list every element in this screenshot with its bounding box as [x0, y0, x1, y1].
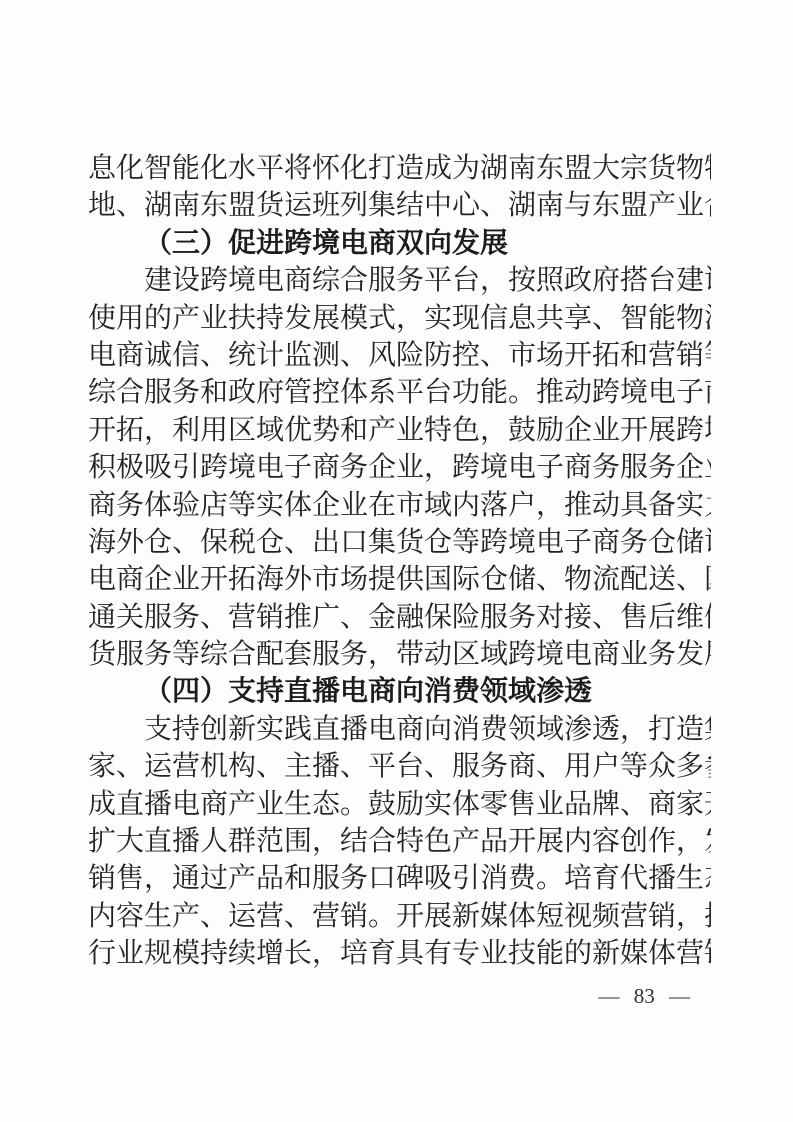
document-page: 息化智能化水平将怀化打造成为湖南东盟大宗货物物流集散基地、湖南东盟货运班列集结中… [0, 0, 793, 1122]
text-line: 海外仓、保税仓、出口集货仓等跨境电子商务仓储设施，为跨境 [88, 524, 711, 561]
text-line: 扩大直播人群范围，结合特色产品开展内容创作，发展直播电商 [88, 823, 711, 860]
text-line: 使用的产业扶持发展模式，实现信息共享、智能物流、金融服务、 [88, 300, 711, 337]
text-line: 息化智能化水平将怀化打造成为湖南东盟大宗货物物流集散基 [88, 150, 711, 187]
page-number: — 83 — [599, 984, 691, 1008]
section-heading: （四）支持直播电商向消费领域渗透 [88, 673, 711, 710]
text-line: 通关服务、营销推广、金融保险服务对接、售后维修服务、退换 [88, 599, 711, 636]
text-line: 家、运营机构、主播、平台、服务商、用户等众多参与者共同构 [88, 748, 711, 785]
text-line: 综合服务和政府管控体系平台功能。推动跨境电子商务企业市场 [88, 374, 711, 411]
section-heading: （三）促进跨境电商双向发展 [88, 225, 711, 262]
page-footer: — 83 — [599, 981, 691, 1011]
text-line: 支持创新实践直播电商向消费领域渗透，打造集品牌方、商 [88, 711, 711, 748]
text-line: 内容生产、运营、营销。开展新媒体短视频营销，推动商贸物流 [88, 898, 711, 935]
text-line: 电商企业开拓海外市场提供国际仓储、物流配送、国际货运代理、 [88, 561, 711, 598]
text-line: 行业规模持续增长，培育具有专业技能的新媒体营销队伍，做好 [88, 935, 711, 972]
text-line: 开拓，利用区域优势和产业特色，鼓励企业开展跨境电商业务， [88, 412, 711, 449]
text-line: 地、湖南东盟货运班列集结中心、湖南与东盟产业合作示范区。 [88, 187, 711, 224]
text-line: 建设跨境电商综合服务平台，按照政府搭台建设、企业运营 [88, 262, 711, 299]
text-line: 电商诚信、统计监测、风险防控、市场开拓和营销等一站式企业 [88, 337, 711, 374]
text-line: 货服务等综合配套服务，带动区域跨境电商业务发展。 [88, 636, 711, 673]
text-line: 成直播电商产业生态。鼓励实体零售业品牌、商家开设直播间， [88, 786, 711, 823]
document-body: 息化智能化水平将怀化打造成为湖南东盟大宗货物物流集散基地、湖南东盟货运班列集结中… [88, 150, 711, 973]
text-line: 积极吸引跨境电子商务企业，跨境电子商务服务企业和跨境电子 [88, 449, 711, 486]
text-line: 商务体验店等实体企业在市域内落户，推动具备实力的企业建设 [88, 487, 711, 524]
text-line: 销售，通过产品和服务口碑吸引消费。培育代播生态，负责直播 [88, 860, 711, 897]
